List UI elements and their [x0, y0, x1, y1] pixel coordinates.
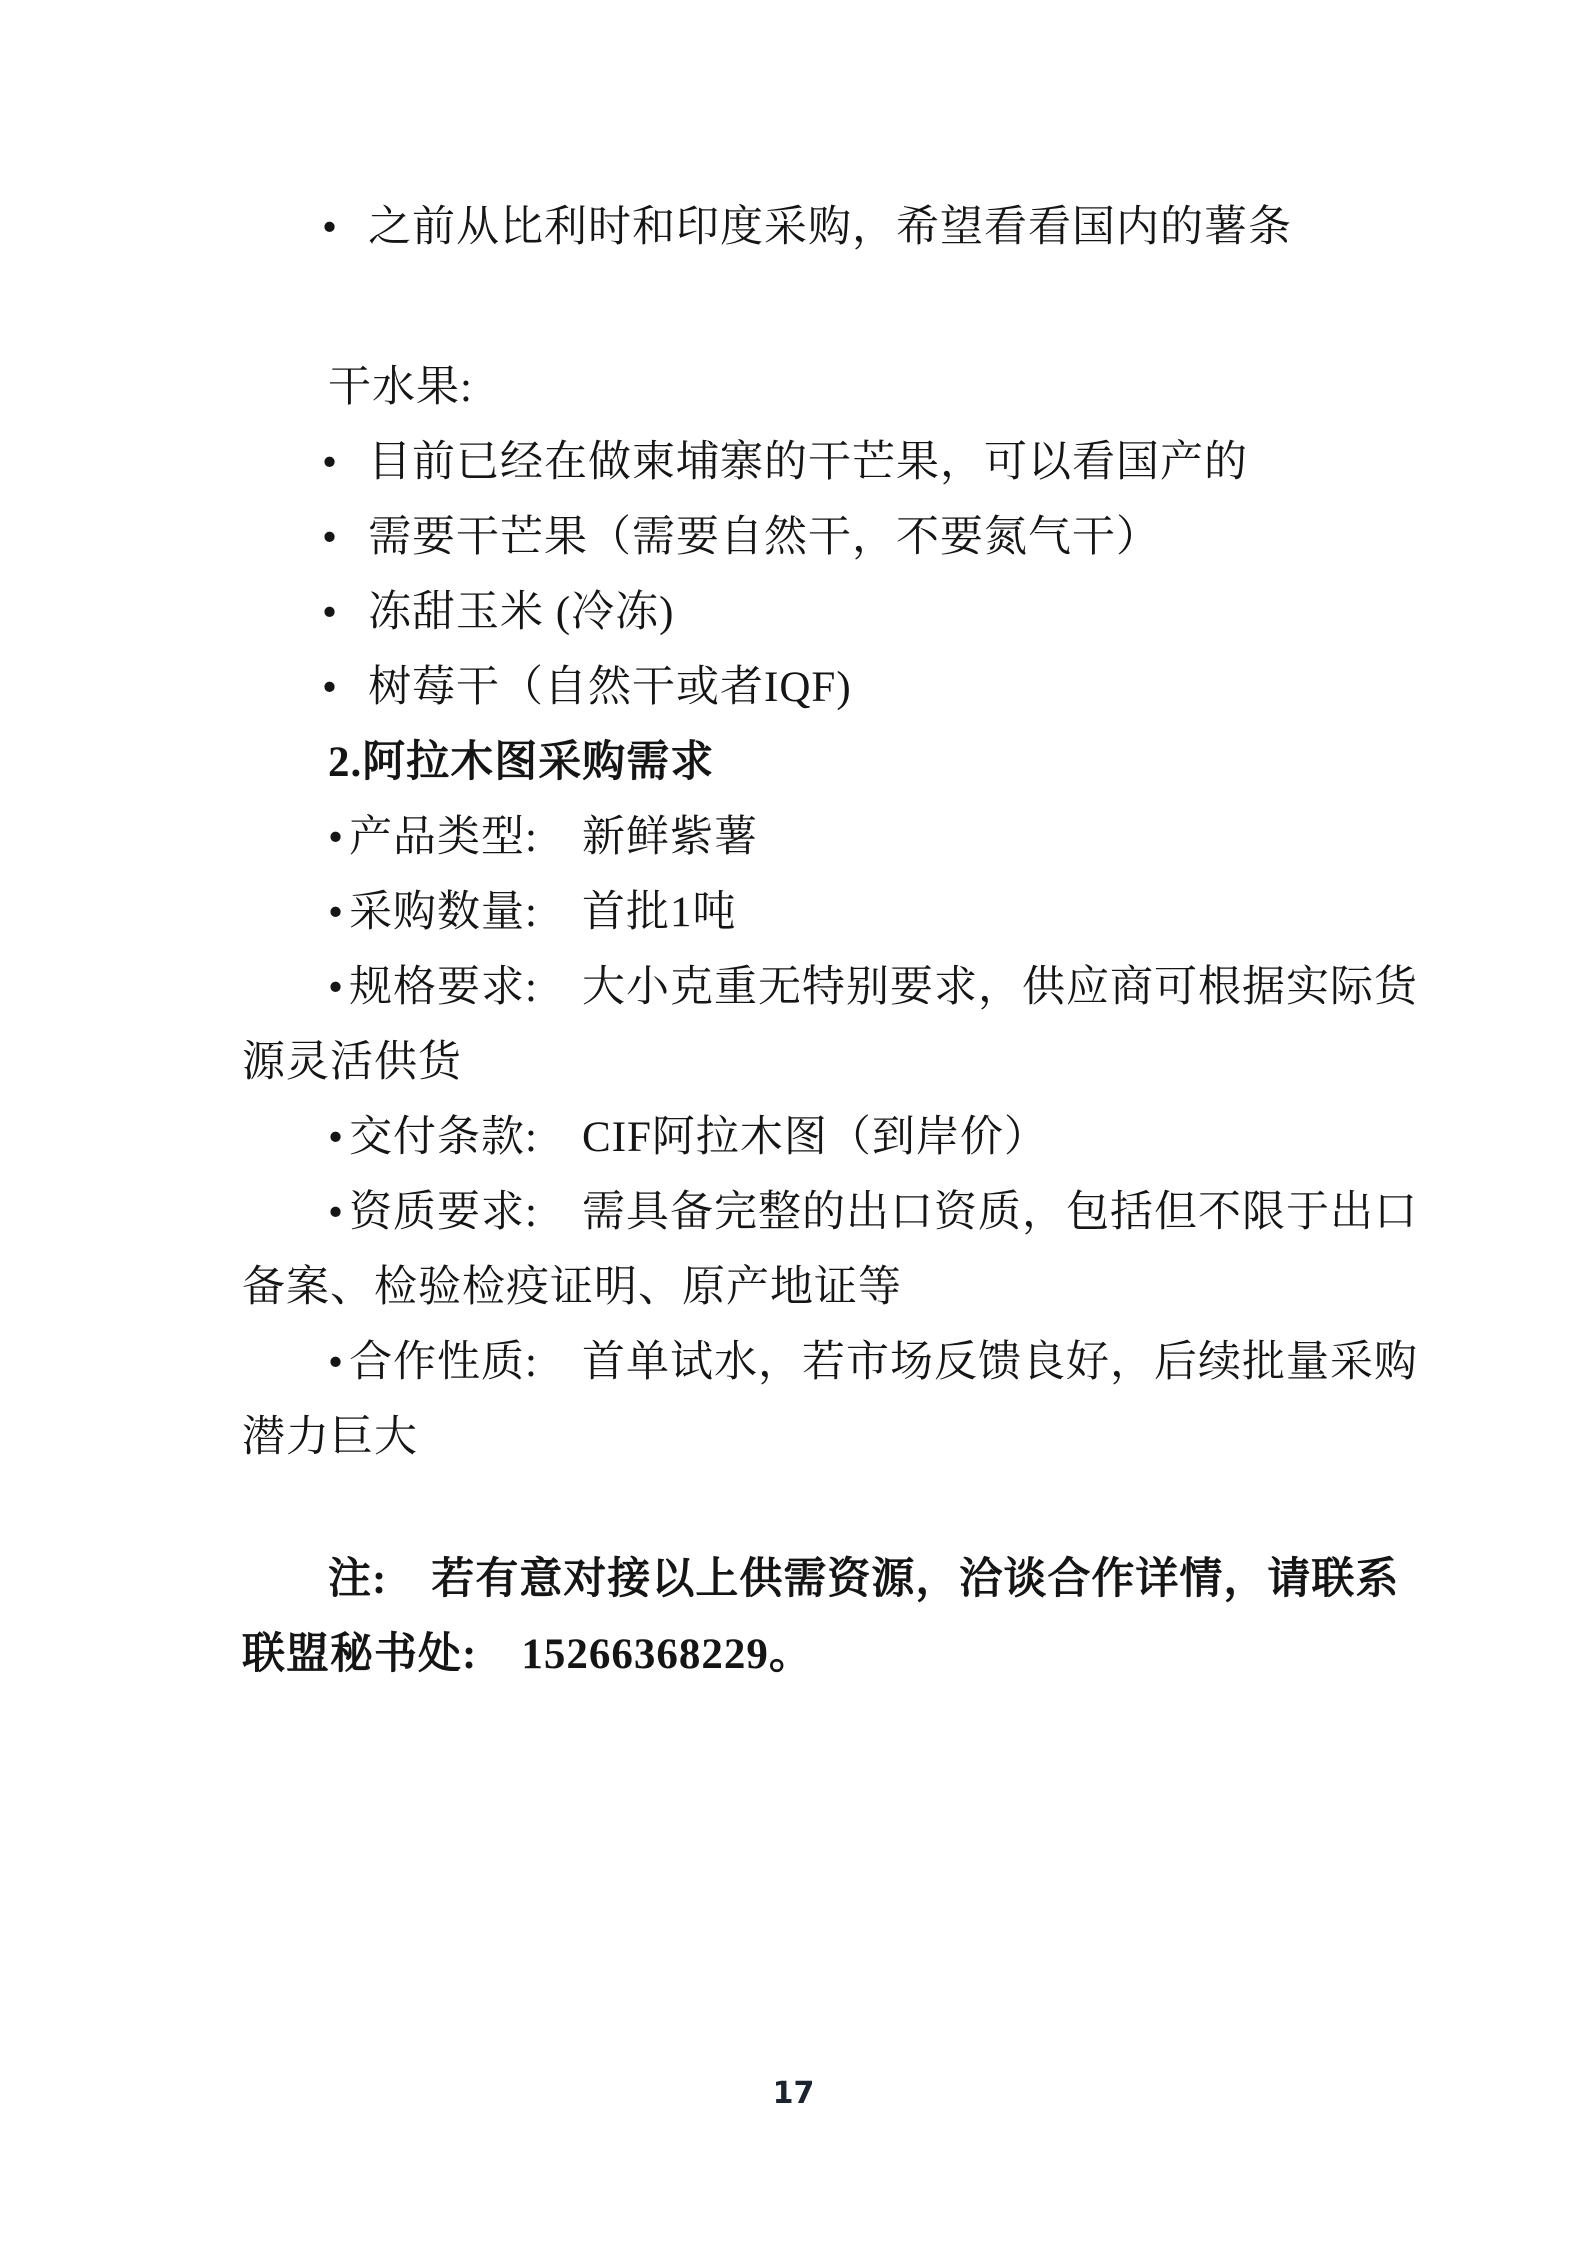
bullet-item: •产品类型: 新鲜紫薯 — [242, 800, 1552, 875]
continuation-line: 源灵活供货 — [242, 1025, 1552, 1100]
section-heading: 2.阿拉木图采购需求 — [242, 725, 1552, 800]
bullet-item-text: 资质要求: 需具备完整的出口资质，包括但不限于出口 — [349, 1189, 1418, 1236]
note-text: 注: 若有意对接以上供需资源，洽谈合作详情，请联系 — [328, 1556, 1399, 1603]
sub-heading-text: 干水果: — [328, 364, 473, 411]
bullet-item: •需要干芒果（需要自然干，不要氮气干） — [242, 500, 1552, 575]
bullet-icon: • — [322, 500, 338, 575]
bullet-item-text: 树莓干（自然干或者IQF) — [368, 664, 852, 711]
bullet-item-text: 需要干芒果（需要自然干，不要氮气干） — [368, 514, 1160, 561]
bullet-icon: • — [322, 425, 338, 500]
bullet-icon: • — [322, 650, 338, 725]
continuation-text: 备案、检验检疫证明、原产地证等 — [242, 1264, 902, 1311]
document-page: •之前从比利时和印度采购，希望看看国内的薯条 干水果: •目前已经在做柬埔寨的干… — [0, 0, 1587, 2244]
bullet-icon: • — [328, 800, 344, 875]
continuation-line: 潜力巨大 — [242, 1400, 1552, 1475]
note-text: 联盟秘书处: 15266368229。 — [242, 1631, 813, 1678]
continuation-line: 备案、检验检疫证明、原产地证等 — [242, 1250, 1552, 1325]
bullet-item-text: 规格要求: 大小克重无特别要求，供应商可根据实际货 — [349, 964, 1418, 1011]
bullet-item-text: 合作性质: 首单试水，若市场反馈良好，后续批量采购 — [349, 1339, 1418, 1386]
bullet-item: •树莓干（自然干或者IQF) — [242, 650, 1552, 725]
paragraph-spacer — [242, 265, 1552, 350]
bullet-icon: • — [328, 1100, 344, 1175]
bullet-icon: • — [328, 950, 344, 1025]
bullet-icon: • — [328, 1175, 344, 1250]
bullet-icon: • — [328, 1325, 344, 1400]
bullet-item-text: 之前从比利时和印度采购，希望看看国内的薯条 — [368, 204, 1292, 251]
bullet-icon: • — [322, 190, 338, 265]
bullet-item-text: 产品类型: 新鲜紫薯 — [349, 814, 758, 861]
page-number: 17 — [0, 2076, 1587, 2112]
bullet-item: •资质要求: 需具备完整的出口资质，包括但不限于出口 — [242, 1175, 1552, 1250]
bullet-item: •目前已经在做柬埔寨的干芒果，可以看国产的 — [242, 425, 1552, 500]
bullet-item-text: 目前已经在做柬埔寨的干芒果，可以看国产的 — [368, 439, 1248, 486]
bullet-item: •规格要求: 大小克重无特别要求，供应商可根据实际货 — [242, 950, 1552, 1025]
section-heading-text: 2.阿拉木图采购需求 — [328, 739, 714, 786]
bullet-item-text: 采购数量: 首批1吨 — [349, 889, 736, 936]
bullet-item: •之前从比利时和印度采购，希望看看国内的薯条 — [242, 190, 1552, 265]
sub-heading: 干水果: — [242, 350, 1552, 425]
bullet-icon: • — [322, 575, 338, 650]
document-body: •之前从比利时和印度采购，希望看看国内的薯条 干水果: •目前已经在做柬埔寨的干… — [242, 190, 1552, 1692]
bullet-icon: • — [328, 875, 344, 950]
note-line: 注: 若有意对接以上供需资源，洽谈合作详情，请联系 — [242, 1542, 1552, 1617]
bullet-item: •冻甜玉米 (冷冻) — [242, 575, 1552, 650]
bullet-item-text: 交付条款: CIF阿拉木图（到岸价） — [349, 1114, 1048, 1161]
bullet-item: •合作性质: 首单试水，若市场反馈良好，后续批量采购 — [242, 1325, 1552, 1400]
bullet-item-text: 冻甜玉米 (冷冻) — [368, 589, 674, 636]
bullet-item: •交付条款: CIF阿拉木图（到岸价） — [242, 1100, 1552, 1175]
paragraph-spacer — [242, 1475, 1552, 1542]
continuation-text: 潜力巨大 — [242, 1414, 418, 1461]
continuation-text: 源灵活供货 — [242, 1039, 462, 1086]
note-line: 联盟秘书处: 15266368229。 — [242, 1617, 1552, 1692]
bullet-item: •采购数量: 首批1吨 — [242, 875, 1552, 950]
